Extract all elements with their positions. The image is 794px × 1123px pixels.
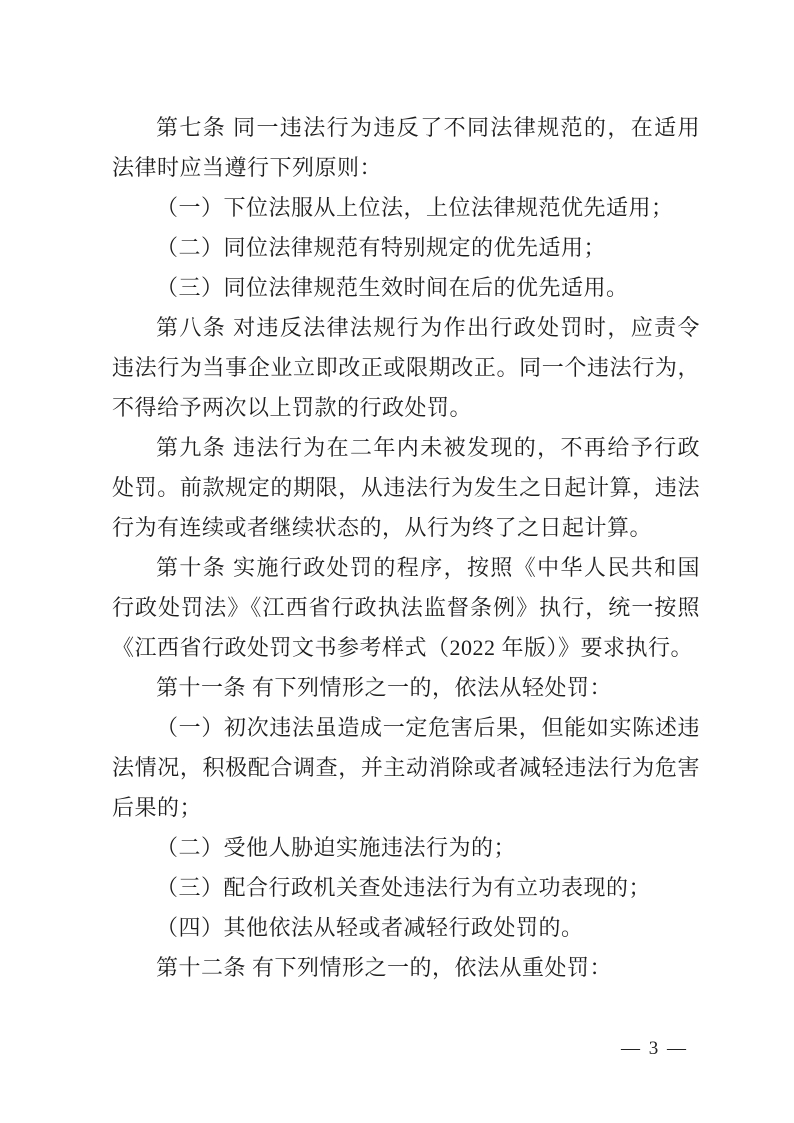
paragraph: （一）初次违法虽造成一定危害后果，但能如实陈述违法情况，积极配合调查，并主动消除… <box>112 708 700 828</box>
page-number: — 3 — <box>621 1038 688 1060</box>
document-page: 第七条 同一违法行为违反了不同法律规范的，在适用法律时应当遵行下列原则：（一）下… <box>0 0 794 1123</box>
paragraph: 第十二条 有下列情形之一的，依法从重处罚： <box>112 948 700 988</box>
paragraph: 第十条 实施行政处罚的程序，按照《中华人民共和国行政处罚法》《江西省行政执法监督… <box>112 548 700 668</box>
paragraph: （二）受他人胁迫实施违法行为的； <box>112 828 700 868</box>
paragraph: 第八条 对违反法律法规行为作出行政处罚时，应责令违法行为当事企业立即改正或限期改… <box>112 308 700 428</box>
paragraph: 第九条 违法行为在二年内未被发现的，不再给予行政处罚。前款规定的期限，从违法行为… <box>112 428 700 548</box>
paragraph: 第七条 同一违法行为违反了不同法律规范的，在适用法律时应当遵行下列原则： <box>112 108 700 188</box>
page-footer: — 3 — <box>0 1038 794 1068</box>
document-body: 第七条 同一违法行为违反了不同法律规范的，在适用法律时应当遵行下列原则：（一）下… <box>112 108 700 988</box>
paragraph: 第十一条 有下列情形之一的，依法从轻处罚： <box>112 668 700 708</box>
paragraph: （四）其他依法从轻或者减轻行政处罚的。 <box>112 908 700 948</box>
paragraph: （三）同位法律规范生效时间在后的优先适用。 <box>112 268 700 308</box>
paragraph: （二）同位法律规范有特别规定的优先适用； <box>112 228 700 268</box>
paragraph: （三）配合行政机关查处违法行为有立功表现的； <box>112 868 700 908</box>
paragraph: （一）下位法服从上位法，上位法律规范优先适用； <box>112 188 700 228</box>
